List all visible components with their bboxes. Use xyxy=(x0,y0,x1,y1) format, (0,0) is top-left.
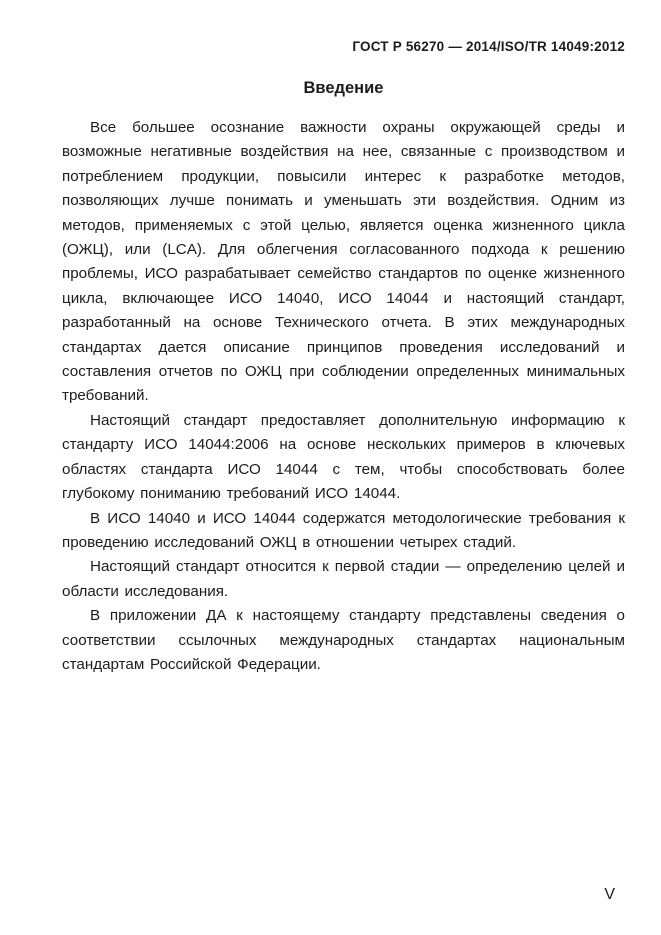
page-number: V xyxy=(604,886,615,904)
paragraph: В приложении ДА к настоящему стандарту п… xyxy=(62,604,625,677)
page-title: Введение xyxy=(62,79,625,98)
paragraph: Настоящий стандарт относится к первой ст… xyxy=(62,555,625,604)
document-page: ГОСТ Р 56270 — 2014/ISO/TR 14049:2012 Вв… xyxy=(0,0,661,935)
paragraph: В ИСО 14040 и ИСО 14044 содержатся метод… xyxy=(62,507,625,556)
document-body: Все большее осознание важности охраны ок… xyxy=(62,116,625,677)
paragraph: Настоящий стандарт предоставляет дополни… xyxy=(62,409,625,507)
running-header: ГОСТ Р 56270 — 2014/ISO/TR 14049:2012 xyxy=(352,39,625,54)
paragraph: Все большее осознание важности охраны ок… xyxy=(62,116,625,409)
